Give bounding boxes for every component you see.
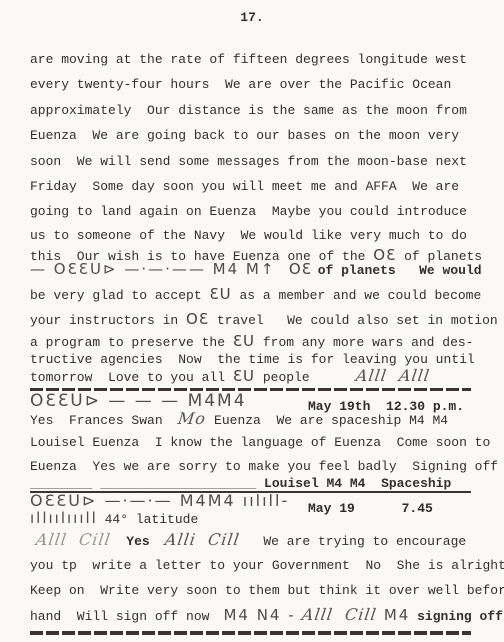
typed-text: as a member and we could become [232,288,482,303]
alien-symbol-eu: ƐU [209,285,231,303]
handwritten-tally-marks: ıllıılıııll [30,509,105,527]
typed-text: hand Will sign off now [30,609,209,624]
cursive-signature: Alll Cill [301,607,378,623]
typed-line-with-signatures: Alll Cill Yes Alli Cill We are trying to… [36,532,466,550]
handwritten-symbols: — OƐƐU⊳ —·—·—— M4 M↑ [30,260,289,278]
typed-line: going to land again on Euenza Maybe you … [30,204,467,220]
scanned-letter-page: 17. are moving at the rate of fifteen de… [0,0,504,642]
typed-text: signing off. [417,609,504,624]
typed-line-with-signoff: hand Will sign off nowM4 N4 - Alll Cill … [30,607,504,625]
typed-text: travel We could also set in motion [209,313,498,328]
handwritten-symbols: M4 N4 - [223,606,302,624]
cursive-signature-faint: Alll Cill [35,532,112,548]
underscore-dashes: ________ ____________________ [30,476,264,491]
typed-line: Louisel Euenza I know the language of Eu… [30,435,490,451]
typed-line: soon We will send some messages from the… [30,154,467,170]
handwritten-symbols: OƐƐU⊳ — — — M4M4 [30,391,247,411]
typed-line-with-signature: Yes Frances Swan Mo Euenza We are spaces… [30,411,448,429]
typed-text: 44° latitude [105,512,199,527]
spaceship-signature: Louisel M4 M4 Spaceship [264,476,451,491]
typed-line: Keep on Write very soon to them but thin… [30,583,504,599]
alien-symbol-eu: ƐU [233,367,255,385]
typed-line: Euenza We are going back to our bases on… [30,128,459,144]
typed-text: of planets We would [318,263,482,278]
typed-line: Friday Some day soon you will meet me an… [30,179,459,195]
typed-line-with-symbol: be very glad to accept ƐU as a member an… [30,286,481,304]
alien-symbol-oe: OƐ [289,260,318,278]
typed-text: Yes [111,534,166,549]
handwritten-symbol-line: OƐƐU⊳ — — — M4M4 [30,393,247,411]
alien-symbol-eu: ƐU [233,332,255,350]
typed-divider-rule [30,631,471,635]
typed-text: from any more wars and des- [255,335,473,350]
typed-text: Yes Frances Swan [30,413,178,428]
handwritten-symbols: OƐƐU⊳ —·—·— M4M4 ıılıll- [30,491,289,510]
cursive-initials: Mo [177,411,207,427]
typed-line: you tp write a letter to your Government… [30,558,504,574]
typed-text: Euenza We are spaceship M4 M4 [206,413,448,428]
alien-symbol-oe: OƐ [186,310,209,328]
latitude-line: ıllıılıııll 44° latitude [30,510,198,528]
typed-line-with-signature: tomorrow Love to you all ƐU people Alll … [30,368,430,386]
typed-line: approximately Our distance is the same a… [30,103,467,119]
typed-line-with-symbol: a program to preserve the ƐU from any mo… [30,333,473,351]
typed-text: people [255,370,356,385]
typed-line: us to someone of the Navy We would like … [30,228,467,244]
handwritten-symbol-line: — OƐƐU⊳ —·—·—— M4 M↑ OƐ of planets We wo… [30,261,482,279]
typed-line-with-symbol: your instructors in OƐ travel We could a… [30,311,498,329]
typed-line: Euenza Yes we are sorry to make you feel… [30,459,498,475]
typed-text: We are trying to encourage [240,534,466,549]
page-number: 17. [0,10,504,26]
typed-text: tomorrow Love to you all [30,370,233,385]
cursive-signature: Alli Cill [164,532,241,548]
typed-text: your instructors in [30,313,186,328]
typed-line: every twenty-four hours We are over the … [30,77,451,93]
typed-text: a program to preserve the [30,335,233,350]
date-time-stamp: May 19 7.45 [308,501,433,516]
typed-text: be very glad to accept [30,288,209,303]
cursive-signature: Alll Alll [355,368,431,384]
typed-line: are moving at the rate of fifteen degree… [30,52,467,68]
handwritten-symbols: M4 [377,606,417,624]
